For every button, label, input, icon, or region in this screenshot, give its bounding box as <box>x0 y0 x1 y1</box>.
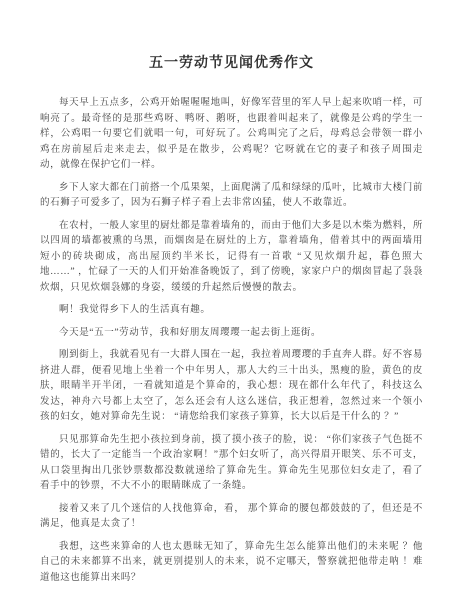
document-page: 五一劳动节见闻优秀作文 每天早上五点多，公鸡开始喔喔喔地叫，好像军营里的军人早上… <box>0 0 463 600</box>
essay-paragraph: 每天早上五点多，公鸡开始喔喔喔地叫，好像军营里的军人早上起来吹哨一样，可响亮了。… <box>40 96 423 174</box>
essay-paragraph: 接着又来了几个迷信的人找他算命，看， 那个算命的腰包都鼓鼓的了，但还是不满足，他… <box>40 502 423 533</box>
essay-paragraph: 今天是“五一”劳动节，我和好朋友周璎璎一起去街上逛街。 <box>40 326 423 342</box>
essay-paragraph: 刚到街上，我就看见有一大群人围在一起，我拉着周璎璎的手直奔人群。好不容易挤进人群… <box>40 348 423 426</box>
essay-title: 五一劳动节见闻优秀作文 <box>40 52 423 72</box>
essay-body: 每天早上五点多，公鸡开始喔喔喔地叫，好像军营里的军人早上起来吹哨一样，可响亮了。… <box>40 96 423 586</box>
essay-paragraph: 只见那算命先生把小孩拉到身前，摸了摸小孩子的脸，说： “你们家孩子气色挺不错的，… <box>40 433 423 495</box>
essay-paragraph: 乡下人家大都在门前搭一个瓜果架，上面爬满了瓜和绿绿的瓜叶，比城市大楼门前的石狮子… <box>40 181 423 212</box>
essay-paragraph: 我想，这些来算命的人也太愚昧无知了，算命先生怎么能算出他们的未来呢 ？他自己的未… <box>40 540 423 587</box>
essay-paragraph: 啊！我觉得乡下人的生活真有趣。 <box>40 303 423 319</box>
essay-paragraph: 在农村，一般人家里的厨灶都是靠着墙角的，而由于他们大多是以木柴为燃料，所以四周的… <box>40 219 423 297</box>
